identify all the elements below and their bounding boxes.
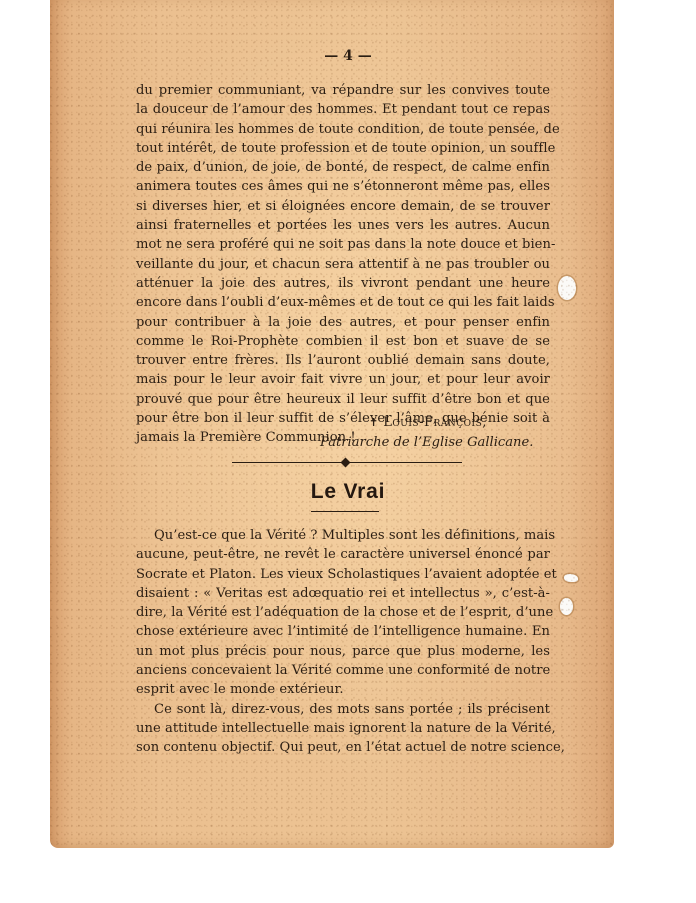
text-line: disaient : « Veritas est adœquatio rei e… bbox=[136, 584, 550, 603]
text-line: Ce sont là, direz-vous, des mots sans po… bbox=[136, 700, 550, 719]
text-line: qui réunira les hommes de toute conditio… bbox=[136, 120, 550, 139]
text-line: Qu’est-ce que la Vérité ? Multiples sont… bbox=[136, 526, 550, 545]
text-line: du premier communiant, va répandre sur l… bbox=[136, 81, 550, 100]
section-title: Le Vrai bbox=[0, 480, 696, 504]
divider-rule-left bbox=[232, 462, 344, 463]
punch-hole-upper bbox=[558, 276, 576, 300]
text-line: chose extérieure avec l’intimité de l’in… bbox=[136, 622, 550, 641]
text-line: de paix, d’union, de joie, de bonté, de … bbox=[136, 158, 550, 177]
text-line: son contenu objectif. Qui peut, en l’éta… bbox=[136, 738, 550, 757]
signature-author: Louis-François, bbox=[383, 415, 487, 430]
text-line: animera toutes ces âmes qui ne s’étonner… bbox=[136, 177, 550, 196]
cross-icon: ✝ bbox=[369, 416, 378, 429]
text-line: ainsi fraternelles et portées les unes v… bbox=[136, 216, 550, 235]
text-line: un mot plus précis pour nous, parce que … bbox=[136, 642, 550, 661]
text-line: mais pour le leur avoir fait vivre un jo… bbox=[136, 370, 550, 389]
text-line: atténuer la joie des autres, ils vivront… bbox=[136, 274, 550, 293]
text-line: anciens concevaient la Vérité comme une … bbox=[136, 661, 550, 680]
tear-mark bbox=[564, 574, 578, 582]
section-divider bbox=[232, 460, 462, 466]
paragraph-communion: du premier communiant, va répandre sur l… bbox=[136, 81, 550, 448]
text-line: si diverses hier, et si éloignées encore… bbox=[136, 197, 550, 216]
text-line: aucune, peut-être, ne revêt le caractère… bbox=[136, 545, 550, 564]
text-line: Socrate et Platon. Les vieux Scholastiqu… bbox=[136, 565, 550, 584]
text-line: prouvé que pour être heureux il leur suf… bbox=[136, 390, 550, 409]
text-line: trouver entre frères. Ils l’auront oubli… bbox=[136, 351, 550, 370]
text-line: veillante du jour, et chacun sera attent… bbox=[136, 255, 550, 274]
text-line: pour être bon il leur suffit de s’élever… bbox=[136, 409, 550, 428]
title-underline bbox=[311, 511, 379, 512]
text-line: encore dans l’oubli d’eux-mêmes et de to… bbox=[136, 293, 550, 312]
signature-name: ✝Louis-François, bbox=[369, 413, 487, 432]
text-line: la douceur de l’amour des hommes. Et pen… bbox=[136, 100, 550, 119]
text-line: pour contribuer à la joie des autres, et… bbox=[136, 313, 550, 332]
paragraph-verite: Qu’est-ce que la Vérité ? Multiples sont… bbox=[136, 526, 550, 758]
text-line: comme le Roi-Prophète combien il est bon… bbox=[136, 332, 550, 351]
text-line: une attitude intellectuelle mais ignoren… bbox=[136, 719, 550, 738]
text-line: dire, la Vérité est l’adéquation de la c… bbox=[136, 603, 550, 622]
text-line: esprit avec le monde extérieur. bbox=[136, 680, 550, 699]
page-number: — 4 — bbox=[0, 48, 696, 64]
text-line: tout intérêt, de toute profession et de … bbox=[136, 139, 550, 158]
punch-hole-lower bbox=[560, 598, 573, 615]
signature-title: Patriarche de l’Eglise Gallicane. bbox=[320, 433, 533, 452]
text-line: mot ne sera proféré qui ne soit pas dans… bbox=[136, 235, 550, 254]
divider-rule-right bbox=[348, 462, 462, 463]
